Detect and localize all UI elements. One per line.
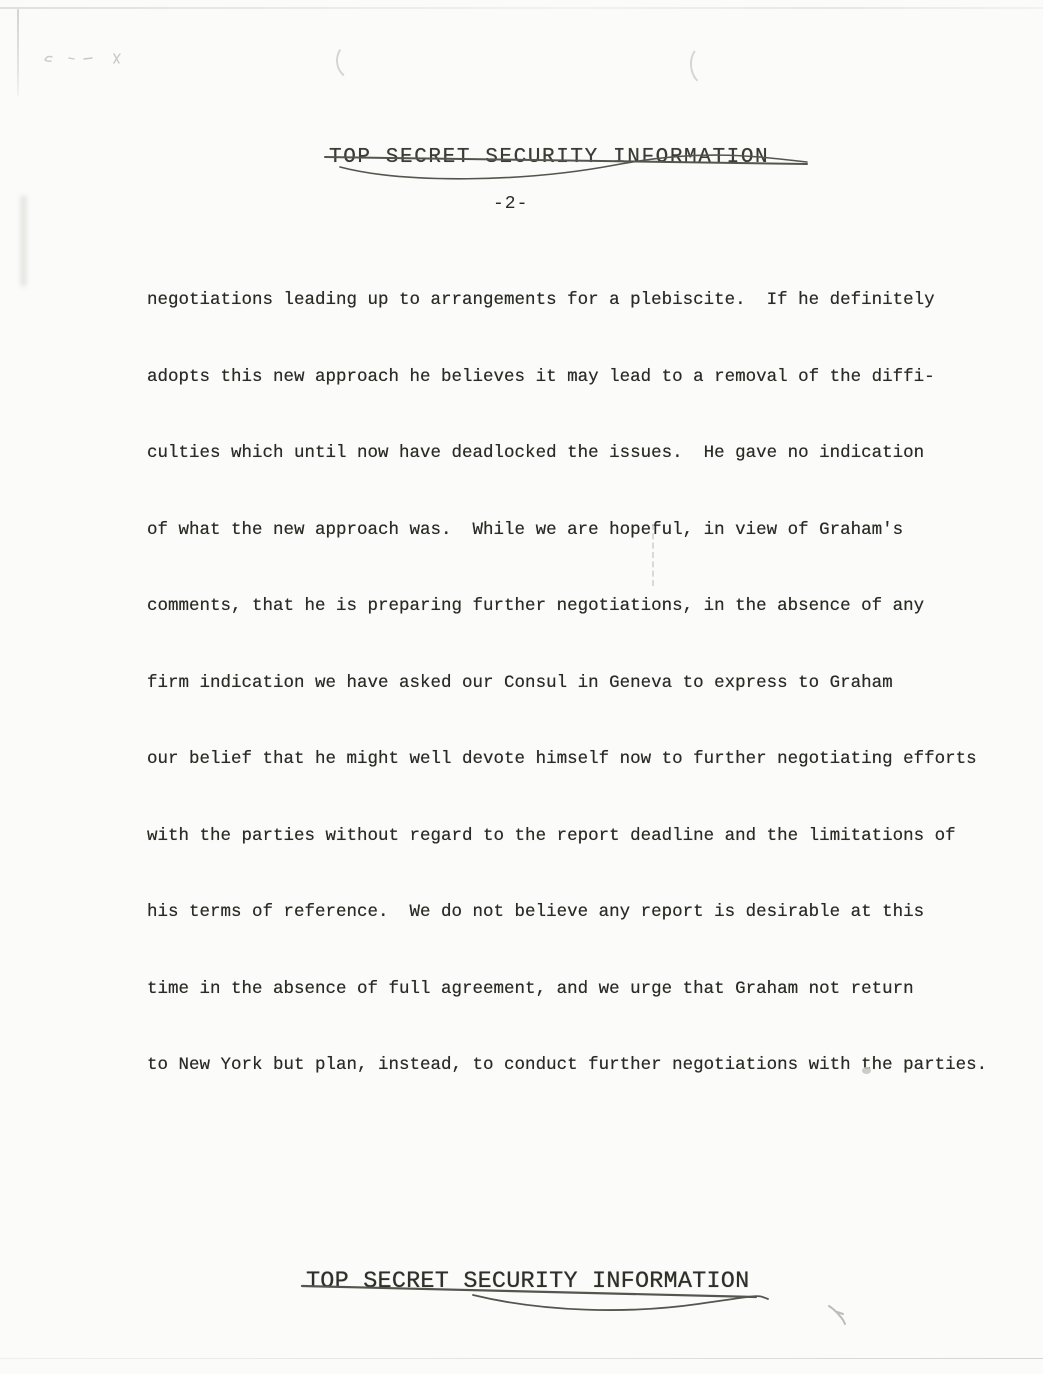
body-line: culties which until now have deadlocked … bbox=[147, 441, 1027, 467]
pencil-squiggle-bottom-right bbox=[823, 1300, 863, 1334]
pencil-marks-top-left bbox=[42, 50, 134, 70]
body-line: with the parties without regard to the r… bbox=[147, 824, 1027, 850]
body-line: to New York but plan, instead, to conduc… bbox=[147, 1053, 1027, 1079]
body-line: of what the new approach was. While we a… bbox=[147, 518, 1027, 544]
body-line: comments, that he is preparing further n… bbox=[147, 594, 1027, 620]
body-line: his terms of reference. We do not believ… bbox=[147, 900, 1027, 926]
scan-edge-top bbox=[0, 7, 1043, 9]
paren-mark-right bbox=[688, 43, 724, 88]
smudge-dot bbox=[862, 1067, 871, 1074]
body-line: time in the absence of full agreement, a… bbox=[147, 977, 1027, 1003]
paren-mark-left bbox=[334, 40, 373, 82]
page-number: -2- bbox=[493, 194, 528, 214]
body-line: negotiations leading up to arrangements … bbox=[147, 288, 1027, 314]
paper-crease-left bbox=[17, 9, 19, 97]
classification-header: TOP SECRET SECURITY INFORMATION bbox=[329, 146, 769, 169]
document-body: negotiations leading up to arrangements … bbox=[147, 237, 1027, 1130]
faint-vertical-pencil-mark bbox=[652, 524, 656, 586]
body-line: our belief that he might well devote him… bbox=[147, 747, 1027, 773]
body-line: adopts this new approach he believes it … bbox=[147, 365, 1027, 391]
document-page: TOP SECRET SECURITY INFORMATION -2- nego… bbox=[0, 0, 1043, 1374]
scan-edge-bottom bbox=[0, 1358, 1043, 1359]
body-line: firm indication we have asked our Consul… bbox=[147, 671, 1027, 697]
classification-footer: TOP SECRET SECURITY INFORMATION bbox=[306, 1268, 749, 1295]
smudge-mark-left bbox=[20, 195, 27, 287]
